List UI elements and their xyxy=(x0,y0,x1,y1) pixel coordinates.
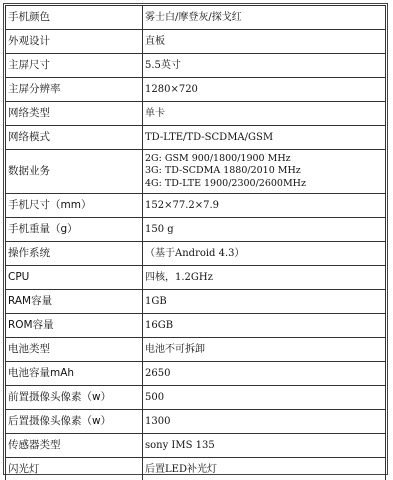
spec-key: 手机尺寸（mm） xyxy=(6,194,143,218)
spec-value: TD-LTE/TD-SCDMA/GSM xyxy=(143,126,386,150)
spec-key: 后置摄像头像素（w） xyxy=(6,410,143,434)
spec-value: 1300 xyxy=(143,410,386,434)
spec-key: ROM容量 xyxy=(6,314,143,338)
spec-value: 500 xyxy=(143,386,386,410)
table-row: 手机重量（g） 150 g xyxy=(6,218,386,242)
spec-key: 数据业务 xyxy=(6,150,143,194)
spec-value: 1GB xyxy=(143,290,386,314)
spec-key: 外观设计 xyxy=(6,30,143,54)
spec-value-line: 3G: TD-SCDMA 1880/2010 MHz xyxy=(145,165,385,178)
table-row: RAM容量 1GB xyxy=(6,290,386,314)
table-row: 外观设计 直板 xyxy=(6,30,386,54)
table-row: 主屏尺寸 5.5英寸 xyxy=(6,54,386,78)
table-row: 后置摄像头像素（w） 1300 xyxy=(6,410,386,434)
table-row: 网络模式 TD-LTE/TD-SCDMA/GSM xyxy=(6,126,386,150)
table-row: ROM容量 16GB xyxy=(6,314,386,338)
spec-key: CPU xyxy=(6,266,143,290)
spec-key: 手机颜色 xyxy=(6,6,143,30)
spec-value: 152×77.2×7.9 xyxy=(143,194,386,218)
spec-value: 1280×720 xyxy=(143,78,386,102)
spec-value: 直板 xyxy=(143,30,386,54)
spec-key: RAM容量 xyxy=(6,290,143,314)
spec-value: 150 g xyxy=(143,218,386,242)
table-row: 手机尺寸（mm） 152×77.2×7.9 xyxy=(6,194,386,218)
spec-key: 网络类型 xyxy=(6,102,143,126)
spec-key: 电池类型 xyxy=(6,338,143,362)
table-row: 闪光灯 后置LED补光灯 xyxy=(6,458,386,480)
spec-value: 2650 xyxy=(143,362,386,386)
table-row: 电池类型 电池不可拆卸 xyxy=(6,338,386,362)
spec-key: 操作系统 xyxy=(6,242,143,266)
spec-key: 主屏尺寸 xyxy=(6,54,143,78)
table-row: 电池容量mAh 2650 xyxy=(6,362,386,386)
spec-value-line: 2G: GSM 900/1800/1900 MHz xyxy=(145,153,385,166)
spec-value: 雾士白/摩登灰/探戈红 xyxy=(143,6,386,30)
spec-key: 电池容量mAh xyxy=(6,362,143,386)
phone-spec-table: 手机颜色 雾士白/摩登灰/探戈红 外观设计 直板 主屏尺寸 5.5英寸 主屏分辨… xyxy=(5,5,386,480)
spec-key: 手机重量（g） xyxy=(6,218,143,242)
table-row: CPU 四核，1.2GHz xyxy=(6,266,386,290)
spec-key: 前置摄像头像素（w） xyxy=(6,386,143,410)
spec-value: sony IMS 135 xyxy=(143,434,386,458)
spec-value: 后置LED补光灯 xyxy=(143,458,386,480)
spec-value: 四核，1.2GHz xyxy=(143,266,386,290)
table-row: 前置摄像头像素（w） 500 xyxy=(6,386,386,410)
spec-key: 传感器类型 xyxy=(6,434,143,458)
table-row: 传感器类型 sony IMS 135 xyxy=(6,434,386,458)
spec-value: 2G: GSM 900/1800/1900 MHz 3G: TD-SCDMA 1… xyxy=(143,150,386,194)
spec-value-line: 4G: TD-LTE 1900/2300/2600MHz xyxy=(145,178,385,191)
spec-value: 单卡 xyxy=(143,102,386,126)
spec-key: 闪光灯 xyxy=(6,458,143,480)
table-row: 数据业务 2G: GSM 900/1800/1900 MHz 3G: TD-SC… xyxy=(6,150,386,194)
table-row: 主屏分辨率 1280×720 xyxy=(6,78,386,102)
spec-value: （基于Android 4.3） xyxy=(143,242,386,266)
spec-value: 电池不可拆卸 xyxy=(143,338,386,362)
table-row: 操作系统 （基于Android 4.3） xyxy=(6,242,386,266)
spec-key: 主屏分辨率 xyxy=(6,78,143,102)
table-row: 手机颜色 雾士白/摩登灰/探戈红 xyxy=(6,6,386,30)
spec-value: 16GB xyxy=(143,314,386,338)
table-row: 网络类型 单卡 xyxy=(6,102,386,126)
spec-key: 网络模式 xyxy=(6,126,143,150)
spec-value: 5.5英寸 xyxy=(143,54,386,78)
